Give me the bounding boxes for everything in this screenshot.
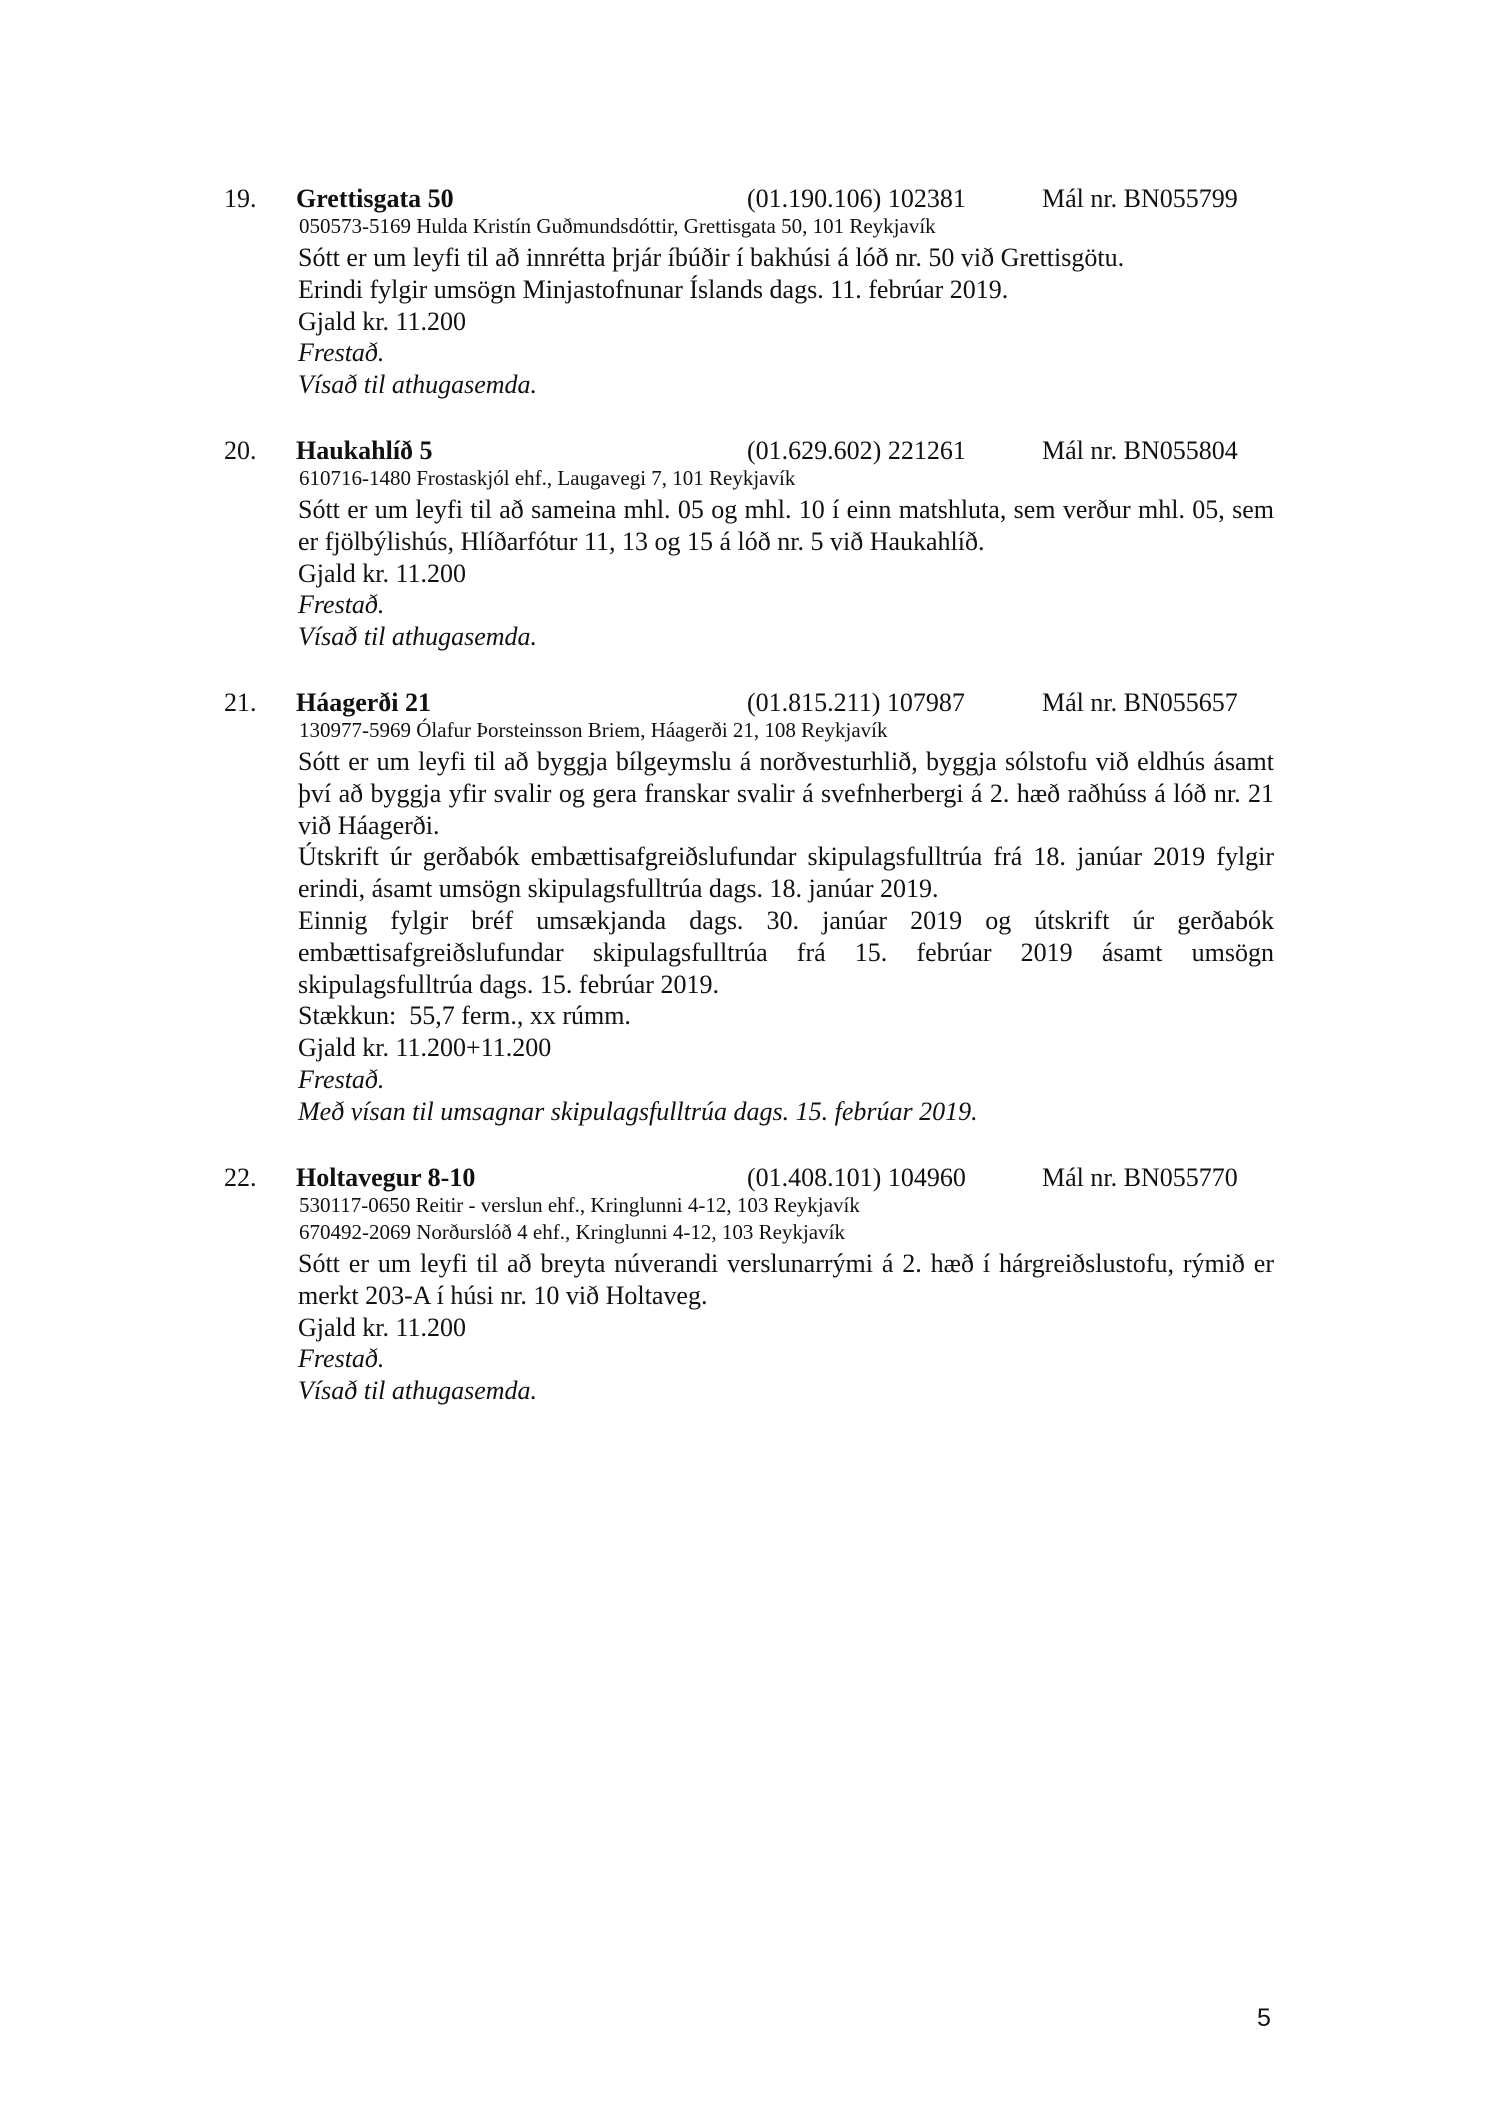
fee-line: Gjald kr. 11.200 (298, 1312, 1274, 1344)
applicants-list: 530117-0650 Reitir - verslun ehf., Kring… (299, 1192, 1274, 1246)
item-address: Háagerði 21 (296, 688, 431, 717)
item-parcel-id: (01.190.106) 102381 (747, 184, 966, 213)
item-header: 20. Haukahlíð 5 (01.629.602) 221261 Mál … (0, 436, 1500, 465)
applicant: 530117-0650 Reitir - verslun ehf., Kring… (299, 1192, 1274, 1219)
item-header: 21. Háagerði 21 (01.815.211) 107987 Mál … (0, 688, 1500, 717)
page-number: 5 (1257, 2004, 1271, 2032)
item-body: Sótt er um leyfi til að innrétta þrjár í… (298, 242, 1274, 401)
enlargement-line: Stækkun: 55,7 ferm., xx rúmm. (298, 1000, 1274, 1032)
item-body: Sótt er um leyfi til að byggja bílgeymsl… (298, 746, 1274, 1128)
paragraph: Sótt er um leyfi til að innrétta þrjár í… (298, 242, 1274, 274)
decision-note: Vísað til athugasemda. (298, 369, 1274, 401)
item-body: Sótt er um leyfi til að sameina mhl. 05 … (298, 494, 1274, 653)
applicant: 050573-5169 Hulda Kristín Guðmundsdóttir… (299, 213, 1274, 240)
paragraph: Einnig fylgir bréf umsækjanda dags. 30. … (298, 905, 1274, 1000)
decision-note: Vísað til athugasemda. (298, 1375, 1274, 1407)
item-case-number: Mál nr. BN055799 (1042, 184, 1238, 213)
status-line: Frestað. (298, 337, 1274, 369)
applicants-list: 130977-5969 Ólafur Þorsteinsson Briem, H… (299, 717, 1274, 744)
fee-line: Gjald kr. 11.200 (298, 306, 1274, 338)
item-number: 21. (224, 688, 257, 717)
paragraph: Útskrift úr gerðabók embættisafgreiðsluf… (298, 841, 1274, 905)
item-number: 22. (224, 1163, 257, 1192)
item-address: Holtavegur 8-10 (296, 1163, 475, 1192)
applicant: 670492-2069 Norðurslóð 4 ehf., Kringlunn… (299, 1219, 1274, 1246)
applicant: 610716-1480 Frostaskjól ehf., Laugavegi … (299, 465, 1274, 492)
item-header: 22. Holtavegur 8-10 (01.408.101) 104960 … (0, 1163, 1500, 1192)
status-line: Frestað. (298, 1343, 1274, 1375)
paragraph: Sótt er um leyfi til að byggja bílgeymsl… (298, 746, 1274, 841)
status-line: Frestað. (298, 1064, 1274, 1096)
paragraph: Sótt er um leyfi til að breyta núverandi… (298, 1248, 1274, 1312)
item-case-number: Mál nr. BN055804 (1042, 436, 1238, 465)
item-parcel-id: (01.815.211) 107987 (747, 688, 965, 717)
item-parcel-id: (01.629.602) 221261 (747, 436, 966, 465)
item-number: 20. (224, 436, 257, 465)
applicants-list: 050573-5169 Hulda Kristín Guðmundsdóttir… (299, 213, 1274, 240)
applicant: 130977-5969 Ólafur Þorsteinsson Briem, H… (299, 717, 1274, 744)
item-case-number: Mál nr. BN055770 (1042, 1163, 1238, 1192)
agenda-item-20: 20. Haukahlíð 5 (01.629.602) 221261 Mál … (0, 436, 1500, 653)
item-header: 19. Grettisgata 50 (01.190.106) 102381 M… (0, 184, 1500, 213)
paragraph: Sótt er um leyfi til að sameina mhl. 05 … (298, 494, 1274, 558)
fee-line: Gjald kr. 11.200+11.200 (298, 1032, 1274, 1064)
fee-line: Gjald kr. 11.200 (298, 558, 1274, 590)
item-address: Haukahlíð 5 (296, 436, 433, 465)
paragraph: Erindi fylgir umsögn Minjastofnunar Ísla… (298, 274, 1274, 306)
applicants-list: 610716-1480 Frostaskjól ehf., Laugavegi … (299, 465, 1274, 492)
status-line: Frestað. (298, 589, 1274, 621)
agenda-item-19: 19. Grettisgata 50 (01.190.106) 102381 M… (0, 184, 1500, 401)
decision-note: Með vísan til umsagnar skipulagsfulltrúa… (298, 1096, 1274, 1128)
agenda-item-22: 22. Holtavegur 8-10 (01.408.101) 104960 … (0, 1163, 1500, 1407)
item-parcel-id: (01.408.101) 104960 (747, 1163, 966, 1192)
agenda-item-21: 21. Háagerði 21 (01.815.211) 107987 Mál … (0, 688, 1500, 1128)
item-body: Sótt er um leyfi til að breyta núverandi… (298, 1248, 1274, 1407)
decision-note: Vísað til athugasemda. (298, 621, 1274, 653)
item-number: 19. (224, 184, 257, 213)
item-case-number: Mál nr. BN055657 (1042, 688, 1238, 717)
item-address: Grettisgata 50 (296, 184, 454, 213)
